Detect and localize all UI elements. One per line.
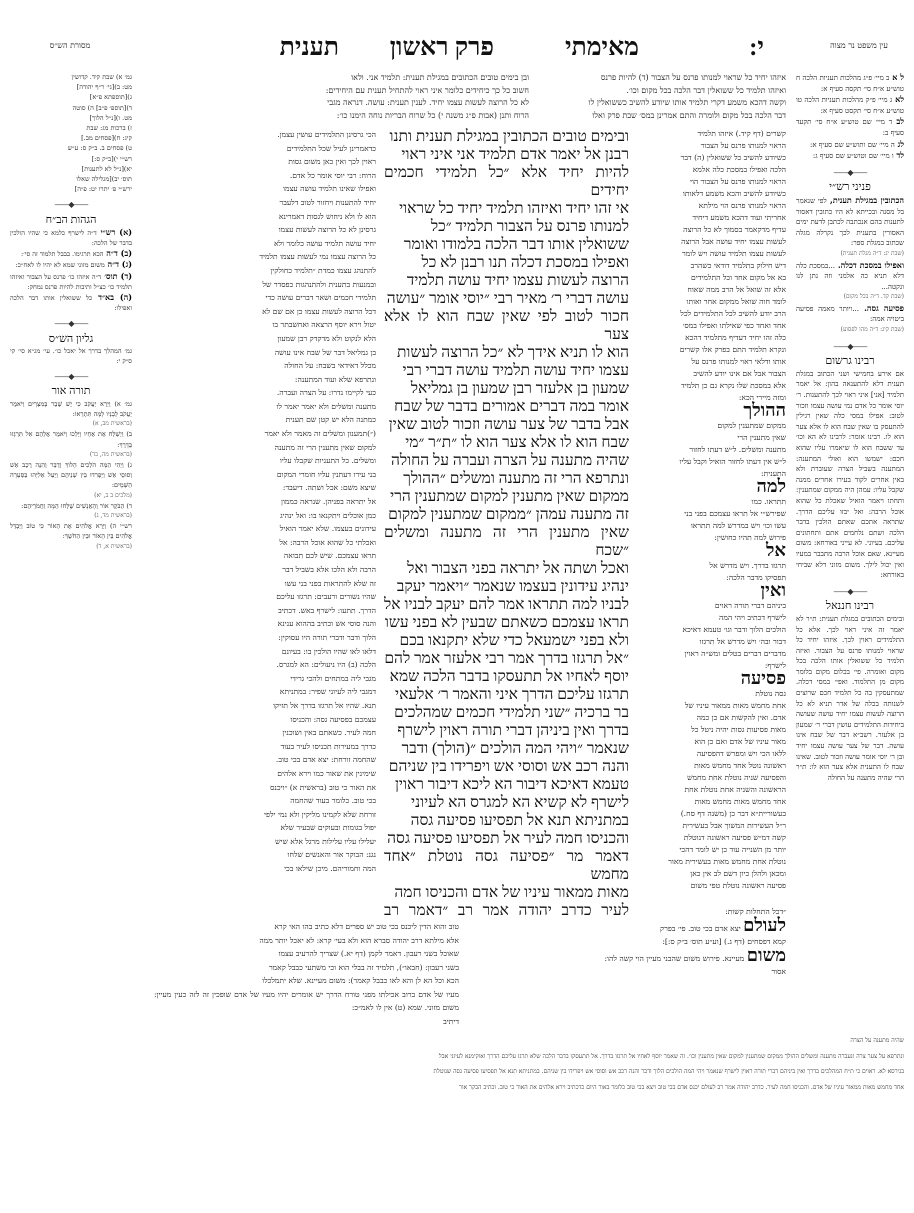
tosafot-line: כלה זהו יחיד דעדיף מתלמיד דהכא: [636, 332, 786, 344]
hagahot-entry: (ב) ד״ה הכא תרגימו. בבבל תלמוד זה סי׳:: [10, 248, 132, 259]
gemara-line: טעמא דאיכא דיבור הא ליכא דיבור ראוין: [384, 776, 629, 794]
torah-or-verse: רש״י ה) וַיַּרְא אֱלֹהִים אֶת הָאוֹר כִּ…: [10, 521, 132, 541]
rashi-line: ונתרפא שלא ועוד המתענה:: [226, 373, 376, 387]
rashi-line: נגנ: הבוקר אור והאנשים שלחו: [226, 848, 376, 862]
rashi-line: הלא לנקוט ולא מדקדק רבן שמעון: [226, 332, 376, 346]
tosafot-dibbur-line: אל: [636, 544, 786, 560]
rashi-line: שהיו נשורים ורעבים: תרגזו עליכם: [226, 590, 376, 604]
penini-rashi-head: הכתובין במגילת תענית,: [827, 195, 904, 205]
rashi-line: ומשלים. כל התעניות שקבלו עליו: [226, 454, 376, 468]
tosafot-line: קמא דפסחים (דף ג.) [וע״ע תוס׳ ב״ק ס:]:: [466, 935, 786, 949]
penini-rashi-entry: הכתובין במגילת תענית, לפי שנאמר בל מסנה …: [796, 195, 904, 249]
tosafot-line: אדם. ואין להקשות אם כן כמה: [636, 712, 786, 724]
gemara-line: יוסף לאחיו אל תתעסקו בדבר הלכה שמא: [384, 668, 629, 686]
rashi-line: הרבה ולא הלכו אלא בשביל דבר: [226, 563, 376, 577]
rashi-line: דכל הרוצה לעשות עצמו כן אם שם לא: [226, 305, 376, 319]
penini-rashi-ref: (שבת יג: ד״ה מגלת תענית): [796, 249, 904, 260]
rashi-line: כל הרוצה עצמו נמי לעשות עצמו תלמיד: [226, 250, 376, 264]
gemara-line: שבח הוא לו אלא צער הוא לו ״ת״ר ״מי: [384, 434, 629, 452]
rashi-line: את האור כי טוב (בראשית א) ״ויכנס: [226, 781, 376, 795]
rashi-line: עצמכם בפסיעה גסה: והכניסו: [226, 713, 376, 727]
gemara-line: דאמר מר ״פסיעה גסה נוטלת ״אחד מחמש: [384, 848, 629, 884]
ein-mishpat-label: עין משפט נר מצוה: [824, 40, 894, 51]
tosafot-top: איזהו יחיד כל שראוי למנותו פרנס על הצבור…: [536, 72, 786, 124]
gemara-line: ואכל ושתה אל יתראה בפני הצבור ואל: [384, 560, 629, 578]
rashi-line: ואכלתי כל שהוא אוכל הרבה: אל: [226, 536, 376, 550]
hagahot-entry: (א) רש״י ד״ה לישרף כלמא כי שהיו הולכין ב…: [10, 227, 132, 248]
tosafot-line: ללאו הכי ויש ומפרש דהפסיעה: [636, 748, 786, 760]
tosafot-line: ביניהם דברי תורה ראוים: [636, 600, 786, 612]
rashi-line: מכלל דאידאי בשבח: על החולה: [226, 359, 376, 373]
commentary-line: שהיה מתענה על הצרה: [114, 1036, 904, 1046]
torah-or-ref: (בראשית מב, א): [10, 419, 132, 429]
rashi-line: תנא. שהיו אל תרגזו בדרך אל תזיקו: [226, 699, 376, 713]
left-margin: גמ׳ א) שבת קיד. קדושיןמט: ב)[גי׳ ר״ף יהו…: [10, 72, 132, 772]
mesoret-entry: מט: ב)[גי׳ ר״ף יהודה]: [10, 82, 132, 92]
tosafot-line: לעשות עצמו תלמיד עושה ויש לומר: [636, 248, 786, 260]
tosafot-line: לעשות עצמו יחיד עושה אבל הרוצה: [636, 236, 786, 248]
tosafot-text: מעיינא. פירוש משום שהבני מעיין הוי קשה ל…: [605, 954, 747, 963]
gemara-line: אי זהו יחיד ואיזהו תלמיד יחיד כל שראוי: [384, 200, 629, 218]
gemara-line: מאות ממאור עיניו של אדם והכניסו חמה: [384, 884, 629, 902]
mesoret-entry: ד)[תוספ׳ פ״ב] ה) סוטה: [10, 103, 132, 113]
tosafot-line: תרגזו בדרך. ויש מדרש אל: [636, 560, 786, 572]
tosafot-line: בא אל מקום אחד וכל התלמידים: [636, 272, 786, 284]
tosafot-dibbur-line: ההולך: [636, 404, 786, 420]
ornament-divider: ——◆——: [796, 587, 904, 598]
rashi-line: הכי גרסינן התלמידים עושין עצמן.: [226, 128, 376, 142]
ornament-divider: ——◆——: [796, 342, 904, 353]
gemara-line: למנותו פרנס על הצבור תלמיד ״כל: [384, 218, 629, 236]
gemara-line: ממקום שאין מתענין למקום שמתענין הרי: [384, 488, 629, 506]
rashi-line: יטול וירא יוסף הרצאה ואחשבתר בו: [226, 318, 376, 332]
tosafot-line: נוטלת אחת מחמש מאות בעשירית מאור: [636, 856, 786, 868]
tosafot-line: הצבור אבל אם אינו יודע להשיב: [636, 368, 786, 380]
mesoret-entry: רש״י י)[ב״ק ס:]: [10, 154, 132, 164]
rashi-bottom: טוב והוא הדין ליכנס בכי טוב יש ספרים דלא…: [154, 920, 459, 1030]
tosafot-line: יותר מן השנייה עוד כן יש לומר דהכי: [636, 844, 786, 856]
rashi-line: חשוב כל כך כיחידים כלומר איני ראוי להתחי…: [229, 85, 529, 98]
gemara-line: ובימים טובים הכתובין במגילת תענית ותנו: [384, 128, 629, 146]
tosafot-line: עשו וכו׳ ויש במדרש למה תתראו: [636, 520, 786, 532]
rashi-line: הכא וכל הא לן והא לאו כבבל קאמר): משום מ…: [154, 974, 459, 988]
tosafot-line: אחריתי ועוד דהכא משמע דיחיד: [636, 212, 786, 224]
mesoret-label: מסורת הש״ס: [45, 40, 95, 51]
penini-rashi-head: ואפילו במסכת דכלה.: [835, 260, 904, 270]
mesoret-entry: יא)[נ״ל לא לתענות]: [10, 164, 132, 174]
rashi-line: להתנהג עצמו כמדת ״תלמיד כחולקין: [226, 264, 376, 278]
tosafot-line: ראשונה נוטל אחד מחמש מאות: [636, 760, 786, 772]
tosafot-line: משום מעיינא. פירוש משום שהבני מעיין הוי …: [466, 949, 786, 966]
rashi-line: המה וחמוריהם. מיכן שילאו בכי: [226, 862, 376, 876]
gemara-line: עושה דברי ר׳ מאיר רבי ״יוסי אומר ״עושה: [384, 290, 629, 308]
torah-or-ref: (בראשית מד, ג): [10, 511, 132, 521]
tosafot-line: הראוי למנותו פרנס על הצבור הוי: [636, 176, 786, 188]
mesoret-entry: תוס׳ יב)[מגלילה שאלו: [10, 174, 132, 184]
tosafot-line: לומד חוה שואל ממקום אחר ואותו: [636, 296, 786, 308]
gemara-line: זה מתענה עמהן ״ממקום שמתענין למקום: [384, 506, 629, 524]
torah-or-verse: ב) וַיְשַׁלַּח אֶת אֶחָיו וַיֵּלֵכוּ וַי…: [10, 429, 132, 449]
rashi-line: שהחמה זורחת: יצא אדם בכי טוב.: [226, 753, 376, 767]
tosafot-line: אסור: [466, 965, 786, 979]
rashi-line: הוא לו ולא ניחוש לגסות דאמרינא: [226, 210, 376, 224]
dibbur-hamatchil: אל: [766, 540, 786, 560]
gemara-line: שמעון בן אלעזר רבן שמעון בן גמליאל: [384, 380, 629, 398]
dibbur-hamatchil: פסיעה: [741, 668, 786, 688]
tosafot-line: אלא זה שואל אל הרב ממה שאוח: [636, 284, 786, 296]
rashi-line: כמן אוכלים ויתקנאו בו: ואל ינהיג: [226, 509, 376, 523]
gemara-line: במתניתא תנא אל תפסיעו פסיעה גסה: [384, 812, 629, 830]
hagahot-mark: (ב) ד״ה: [104, 248, 132, 258]
tosafot-line: ממקום שמתענין למקום: [636, 420, 786, 432]
gemara-line: ולא בפני ישמעאל כדי שלא יתקנאו בכם: [384, 632, 629, 650]
tosafot-line: איזהו יחיד כל שראוי למנותו פרנס על הצבור…: [536, 72, 786, 85]
mesoret-entry: ירש״י פ׳ יתרו יט: פ״ה]: [10, 184, 132, 194]
torah-or-section: גמ׳ א) וַיַּרְא יַעֲקֹב כִּי יֶשׁ שֶׁבֶר…: [10, 399, 132, 552]
rashi-line: בני עירו דעתנין עליו חומרי המקום: [226, 468, 376, 482]
gemara-line: תראו עצמכם כשאתם שבעין לא בפני עשו: [384, 614, 629, 632]
rashi-top: ובן בימים טובים הכתובים במגילת תענית: תל…: [229, 72, 529, 124]
hagahot-mark: (ה) בא״ד: [92, 292, 132, 302]
rashi-line: מגבי ליה במתחים ולהכי גרידי: [226, 672, 376, 686]
tosafot-line: עדיף מדקאמר בסמוך לא כל הרוצה: [636, 224, 786, 236]
torah-or-ref: (בראשית א, ד): [10, 542, 132, 552]
mesoret-entry: גמ׳ א) שבת קיד. קדושין: [10, 72, 132, 82]
ein-mishpat-text: ה מיי׳ שם ותוש״ע שם סעיף א:: [810, 141, 895, 149]
tosafot-line: פירוש למה תהיו כחושין:: [636, 532, 786, 544]
ein-mishpat-mark: לא: [892, 94, 904, 104]
tosafot-line: הראוי למנותו פרנס על הצבור: [636, 140, 786, 152]
ein-mishpat-text: ג מיי׳ פ״ק מהלכות תעניות הלכה טו טוש״ע א…: [796, 96, 904, 115]
tosafot-line: ר״ל העשירות המשוך אבל בעשירית: [636, 820, 786, 832]
hagahot-habach-title: הגהות הב״ח: [10, 215, 132, 225]
commentary-line: בגירסא לא. ראוים כי ת״ח המהלכים בדרך ואי…: [114, 1067, 904, 1077]
gemara-line: ונתרפא הרי זה מתענה ומשלים ״ההולך: [384, 470, 629, 488]
tosafot-line: שאין מתענין הרי: [636, 432, 786, 444]
rashi-line: דלאו לאו שהיו הולכין בו: בעיונם: [226, 645, 376, 659]
ornament-divider: ——◆——: [10, 372, 132, 382]
tosafot-line: כשיודע להשיב כל ששואלין (ה) דבר: [636, 152, 786, 164]
rashi-line: יחיד עושה תלמיד עושה כלומר ולא: [226, 237, 376, 251]
tosafot-line: אחד ואחד כפי שאילתו ואפילו במס׳: [636, 320, 786, 332]
tosafot-dibbur-line: ואין: [636, 584, 786, 600]
tosafot-dibbur-line: למה: [636, 480, 786, 496]
gemara-line: הרוצה לעשות עצמו יחיד עושה תלמיד: [384, 272, 629, 290]
rashi-line: הרוח: רבי יוסי אומר כל אדם.: [226, 169, 376, 183]
tosafot-line: לעולם יצא אדם בכי טוב. פי׳ בפרק: [466, 919, 786, 936]
hagahot-mark: (א) רש״י: [97, 227, 132, 237]
gemara-line: בר ברכיה ״שני תלמידי חכמים שמהלכים: [384, 704, 629, 722]
tosafot-line: גסה נוטלת: [636, 688, 786, 700]
tosafot-line: דבר הלכה בכל מקום ולומרה והתם אמרינן במס…: [536, 110, 786, 123]
torah-or-title: תורה אור: [10, 386, 132, 396]
ein-mishpat-entry: לב ד מיי׳ שם טוש״ע א״ח סי׳ תקעד סעיף ב:: [796, 116, 904, 138]
tosafot-line: הלכה ואפילו במסכת כלה אלמא: [636, 164, 786, 176]
penini-rashi-ref: (שבת קיג: ד״ה מהו לפסוע): [796, 325, 904, 336]
rashi-line: גרסינן לא כל הרוצה לעשות עצמו: [226, 223, 376, 237]
tosafot-line: כשיודע להשיב והכא משמע דלאותו: [636, 188, 786, 200]
tosafot-dibbur-line: פסיעה: [636, 672, 786, 688]
dibbur-hamatchil: ואין: [761, 580, 786, 600]
hagahot-mark: (ג) ד״ה: [105, 259, 132, 269]
torah-or-ref: (מלכים ב ב, יא): [10, 491, 132, 501]
tosafot-bottom: ״דכל התחלות קשות:לעולם יצא אדם בכי טוב. …: [466, 905, 786, 1025]
rashi-column: הכי גרסינן התלמידים עושין עצמן.כדאמרינן …: [226, 128, 376, 898]
gemara-line: עצמו יחיד עושה תלמיד עושה דברי רבי: [384, 362, 629, 380]
rashi-line: הדרך. תתעו: לישרף באש. דכתיב: [226, 604, 376, 618]
hagahot-mark: (ד) תוס׳: [101, 271, 132, 281]
tosafot-line: ומכאן ולהלן כיון דשם לב אין כאן: [636, 868, 786, 880]
rashi-line: כמתנה הלא יש קטן שם תענית: [226, 413, 376, 427]
right-margin: ל א ב מיי׳ פ״ג מהלכות תעניות הלכה ח טוש״…: [796, 72, 904, 1032]
gemara-line: אומר במה דברים אמורים בדבר של שבח: [384, 398, 629, 416]
mesoret-entry: ז) ברכות מג: שבת: [10, 123, 132, 133]
gemara-line: ינהיג עידונין בעצמו שנאמר ״ויאמר יעקב: [384, 578, 629, 596]
tosafot-line: ״דכל התחלות קשות:: [466, 905, 786, 919]
mesoret-entry: קיג: ח)[פסחים מב.]: [10, 133, 132, 143]
tosafot-line: הרב יודע להשיב לכל התלמידים לכל: [636, 308, 786, 320]
penini-rashi-title: פניני רש״י: [796, 182, 904, 193]
penini-rashi-ref: (שבת קד. ד״ה בכל מקום): [796, 292, 904, 303]
gemara-line: חכור לטוב לפי שאין שבח הוא לו אלא צער: [384, 308, 629, 344]
penini-rashi-head: פסיעה גסה.: [859, 303, 904, 313]
tosafot-text: יצא אדם בכי טוב. פי׳ בפרק: [660, 924, 743, 933]
rashi-line: בשני רעבון: (חבאו״), תלמיד זה בבלי הוא ו…: [154, 961, 459, 975]
gemara-line: בדרך ואין ביניהן דברי תורה ראוין לישרף: [384, 722, 629, 740]
rashi-line: למקום שאין מתענין הרי זה מתענה: [226, 441, 376, 455]
rabbeinu-chananel-text: ובימים הכתובים במגלת תענית: ת״ר לא יאמר …: [796, 614, 904, 784]
gemara-line: שנאמר ״ויהי המה הולכים ״(הולך) ודבר: [384, 740, 629, 758]
gemara-line: שהיה מתענה על הצרה ועברה על החולה: [384, 452, 629, 470]
hagahot-entry: (ה) בא״ד כל ששואלין אותו דבר הלכה ואפילו…: [10, 292, 132, 313]
torah-or-ref: (בראשית מה, כד): [10, 450, 132, 460]
gemara-line: אבל בדבר של צער עושה וזכור לטוב שאין: [384, 416, 629, 434]
tosafot-line: מאור עיניו של אדם ואם כן הוא: [636, 736, 786, 748]
chapter-name: מאימתי: [565, 34, 639, 62]
ein-mishpat-mark: ל א: [889, 72, 904, 82]
gemara-line: והכניסו חמה לעיר אל תפסיעו פסיעה גסה: [384, 830, 629, 848]
rashi-line: זה שלא להתראות בפני בני עשו: [226, 577, 376, 591]
rashi-line: ובמנעות בתענית ולהתנהגות כפסדר של: [226, 278, 376, 292]
ein-mishpat-entry: לג ה מיי׳ שם ותוש״ע שם סעיף א:: [796, 139, 904, 151]
penini-rashi-section: הכתובין במגילת תענית, לפי שנאמר בל מסנה …: [796, 195, 904, 336]
rashi-line: דיתיב: [154, 1015, 459, 1029]
rashi-line: תלמידי חכמים ושאר דברים עושה כדי: [226, 291, 376, 305]
gemara-line: הוא לו תניא אידך לא ״כל הרוצה לעשות: [384, 344, 629, 362]
gemara-line: רבנן אל יאמר אדם תלמיד אני איני ראוי: [384, 146, 629, 164]
tosafot-line: אותו ודלאי ראוי למנותו פרנס על: [636, 356, 786, 368]
mesoret-entry: ג)[תוספתא פ״א]: [10, 92, 132, 102]
ein-mishpat-entry: ל א ב מיי׳ פ״ג מהלכות תעניות הלכה ח טוש״…: [796, 72, 904, 94]
penini-rashi-entry: פסיעה גסה. ...ויותר מאמה פסיעה ביטויה אמ…: [796, 303, 904, 325]
tosafot-line: מאות פסיעות גסות יהיה ניטל כל: [636, 724, 786, 736]
rabbeinu-gershom-text: אם אירע בחמישי ושני הכתוב במגלת תענית דל…: [796, 369, 904, 581]
tosafot-line: קשה דמ״ש פסיעה ראשונה דנוטלת: [636, 832, 786, 844]
rashi-line: חמה לעיר. כשאתם באין ושוכנין: [226, 726, 376, 740]
rashi-line: תראו עצמכם. שיש לכם תבואה: [226, 549, 376, 563]
gilyon-hashas-title: גליון הש״ס: [10, 334, 132, 344]
rashi-line: בכי טוב. כלומר בעוד שהחמה: [226, 794, 376, 808]
gemara-line: ״אל תרגזו בדרך אמר רבי אלעזר אמר להם: [384, 650, 629, 668]
tosafot-line: הראוי למנותו פרנס הוי מילתא: [636, 200, 786, 212]
ein-mishpat-text: ו מיי׳ שם וטוש״ע שם סעיף ג:: [813, 152, 894, 160]
rashi-line: מתענה ומשלים ולא יאמר יאמר לו: [226, 400, 376, 414]
rashi-line: יעלילו עליו עלילות מרגל אלא שיש: [226, 835, 376, 849]
torah-or-verse: ג) וַיְהִי הֵמָּה הֹלְכִים הָלוֹךְ וְדַב…: [10, 460, 132, 491]
rashi-line: אלא מילתא דרב יהודה סברא הוא ולא בעי׳ קר…: [154, 934, 459, 948]
rashi-line: כדרך במעירות תכניסו לעיר בעוד: [226, 740, 376, 754]
commentary-line: אחד מחמש מאות ממאור עיניו של אדם. והכניס…: [114, 1083, 904, 1093]
rashi-line: דמגבי ליה לעיוני שפיר: במתניתא: [226, 685, 376, 699]
tosafot-line: והפסיעה שניה נוטלת אחת מחמש: [636, 772, 786, 784]
ein-mishpat-entry: לד ו מיי׳ שם וטוש״ע שם סעיף ג:: [796, 150, 904, 162]
gilyon-hashas-text: גמ׳ המהלך בדרך אל יאכל כו׳. עי׳ מג״א סי׳…: [10, 346, 132, 366]
tosafot-line: דבור ובה׳ ויש מדרש אל תרגזו: [636, 636, 786, 648]
hagahot-entry: (ג) ד״ה משום מזוני שמא לא יהיו לו לאח״כ:: [10, 259, 132, 270]
rashi-line: טוב והוא הדין ליכנס בכי טוב יש ספרים דלא…: [154, 920, 459, 934]
tosafot-line: תתראו. כמו: [636, 496, 786, 508]
gemara-line: לישרף לא קשיא הא למגרס הא לעיוני: [384, 794, 629, 812]
ornament-divider: ——◆——: [796, 168, 904, 179]
tosafot-line: לישרף דכתיב ויהי המה: [636, 612, 786, 624]
rashi-line: שיצא משם: אכל ושתה. דיעבד:: [226, 481, 376, 495]
rashi-line: זורחת שלא לקמינו מליקין ולא נמי ילפי: [226, 808, 376, 822]
ein-mishpat-mark: לג: [895, 139, 904, 149]
torah-or-verse: ד) הַבֹּקֶר אוֹר וְהָאֲנָשִׁים שֻׁלְּחוּ…: [10, 501, 132, 511]
mesoret-entry: ט) פסחים ב. ב״ק ס: ע״ש: [10, 143, 132, 153]
rashi-line: הלכה (ב) היו ניעולים: הא למגרס.: [226, 658, 376, 672]
tosafot-line: ואיזהו תלמיד כל ששואלין דבר הלכה בכל מקו…: [536, 85, 786, 98]
penini-rashi-entry: ואפילו במסכת דכלה. ...במסכת כלה דלא תניא…: [796, 260, 904, 293]
commentary-line: ונתרפא על צער צרה ונעברה מתענה ומשלים הה…: [114, 1052, 904, 1062]
dibbur-hamatchil: לעולם: [743, 915, 786, 935]
ein-mishpat-entry: לא ג מיי׳ פ״ק מהלכות תעניות הלכה טו טוש״…: [796, 94, 904, 116]
tractate-name: תענית: [280, 34, 339, 62]
tosafot-line: אחת מחמש מאות ממאור עיניו של: [636, 700, 786, 712]
tosafot-line: בעשוריית״א דבר כן (משנה דף סח.): [636, 808, 786, 820]
gemara-line: להיות יחיד אלא ״כל תלמידי חכמים יחידים: [384, 164, 629, 200]
tosafot-column: קשרים (דף קיד.) איזהו תלמידהראוי למנותו …: [636, 128, 786, 898]
rashi-line: שאוכל בשני רעבון. דאמר לקמן (דף יא.) שצר…: [154, 947, 459, 961]
rashi-line: אל יתראה בפניהן. שנראה כממון: [226, 495, 376, 509]
gemara-line: והנה רכב אש וסוסי אש ויפרידו בין שניהם: [384, 758, 629, 776]
tosafot-line: אלא במסכת שלו נקרא גם כן תלמיד: [636, 380, 786, 392]
ein-mishpat-text: ב מיי׳ פ״ג מהלכות תעניות הלכה ח טוש״ע א״…: [796, 74, 904, 93]
rashi-line: (״)תמענון ומשלים זה מאמר ולא יאמר: [226, 427, 376, 441]
gemara-line: ששואלין אותו דבר הלכה בלמודו ואומר: [384, 236, 629, 254]
rashi-line: כעי לקיימו נדרו: על הצרה ועברה.: [226, 386, 376, 400]
rashi-line: ראוין לכך ואין כאן משום גסות: [226, 155, 376, 169]
gemara-main-text: ובימים טובים הכתובין במגילת תענית ותנורב…: [384, 128, 629, 918]
tosafot-line: פסיעה ראשונה נוטלת טפי משום: [636, 880, 786, 892]
ein-mishpat-mark: לב: [892, 116, 904, 126]
tosafot-line: שפירש״י אל תראו עצמכם בפני בני: [636, 508, 786, 520]
rashi-line: לא כל הרוצה לעשות עצמו יחיד. לענין תענית…: [229, 97, 529, 110]
rashi-line: הרוח ותנן (אבות פ״ג משנה י) כל שרוח הברי…: [229, 110, 529, 123]
tosafot-line: דיש חילוק בתלמיד דודאי כשהרב: [636, 260, 786, 272]
rashi-line: הלוך ודבר ודברי תורה היו עסוקין:: [226, 631, 376, 645]
gemara-line: תרגזו עליכם הדרך איני והאמר ר׳ אלעאי: [384, 686, 629, 704]
rashi-line: שימינין את שאור כמו וירא אלהים: [226, 767, 376, 781]
rashi-line: כדאמרינן לעיל שכל התלמידים: [226, 142, 376, 156]
rashi-line: ואפילו שאינו תלמיד עושה עצמו: [226, 182, 376, 196]
dibbur-hamatchil: למה: [757, 476, 786, 496]
tosafot-line: אחד מחמש מאות מחמש מאות: [636, 796, 786, 808]
ein-mishpat-text: ד מיי׳ שם טוש״ע א״ח סי׳ תקעד סעיף ב:: [796, 118, 904, 137]
hagahot-text: משום מזוני שמא לא יהיו לו לאח״כ:: [16, 261, 105, 269]
rashi-line: ובן בימים טובים הכתובים במגילת תענית: תל…: [229, 72, 529, 85]
tosafot-line: וקשה דהכא משמע דקרי תלמיד אותו שיודע להש…: [536, 97, 786, 110]
rabbeinu-gershom-title: רבינו גרשום: [796, 356, 904, 367]
rashi-line: יחיד להתענות ויחזור לטוב דלעבר: [226, 196, 376, 210]
gemara-line: לבניו למה תתראו אמר להם יעקב לבניו אל: [384, 596, 629, 614]
chapter-label: פרק ראשון: [390, 34, 494, 62]
tosafot-line: מתענה ומשלים. ל״ש דעתו לחזור: [636, 444, 786, 456]
tosafot-line: הולכים הלוך ודבר וגו׳ טעמא דאיכא: [636, 624, 786, 636]
gemara-line: ואפילו במסכת דכלה תנו רבנן לא כל: [384, 254, 629, 272]
mesoret-entry: מט. ו)[נ״ל הלוך]: [10, 113, 132, 123]
tosafot-line: קשרים (דף קיד.) איזהו תלמיד: [636, 128, 786, 140]
rashi-line: יפול בגומות ובעוקים שבעיר שלא: [226, 821, 376, 835]
ein-mishpat-mark: לד: [894, 150, 904, 160]
ornament-divider: ——◆——: [10, 200, 132, 210]
dibbur-hamatchil: ההולך: [743, 400, 786, 420]
gemara-line: שאין מתענין הרי זה מתענה ומשלים ״שכח: [384, 524, 629, 560]
ornament-divider: ——◆——: [10, 319, 132, 329]
bottom-commentary: שהיה מתענה על הצרהונתרפא על צער צרה ונעב…: [114, 1030, 904, 1080]
tosafot-line: הראשונה והשניה אחת נוטלת אחת: [636, 784, 786, 796]
torah-or-verse: גמ׳ א) וַיַּרְא יַעֲקֹב כִּי יֶשׁ שֶׁבֶר…: [10, 399, 132, 419]
ein-mishpat-section: ל א ב מיי׳ פ״ג מהלכות תעניות הלכה ח טוש״…: [796, 72, 904, 162]
tosafot-line: מדברים דברים בטלים ומש״ה ראוין: [636, 648, 786, 660]
dibbur-hamatchil: משום: [747, 945, 786, 965]
hagahot-entry: (ד) תוס׳ ד״ה איזהו כו׳ פרנס על הצבור ואי…: [10, 271, 132, 292]
page-number: י:: [749, 34, 764, 62]
tosafot-line: ונקרא תלמיד התם בפרק אלו קשרים: [636, 344, 786, 356]
rabbeinu-chananel-title: רבינו חננאל: [796, 601, 904, 612]
rashi-line: עידונים בעצמו. שלא יאמר הואיל: [226, 522, 376, 536]
rashi-line: בן גמליאל דבר של שבח אינו עושה: [226, 346, 376, 360]
hagahot-text: הכא תרגימו. בבבל תלמוד זה סי׳:: [21, 250, 103, 258]
tosafot-line: ל״ש אין דעתו לחזור הואיל וקבל עליו: [636, 456, 786, 468]
mesoret-hashas-section: גמ׳ א) שבת קיד. קדושיןמט: ב)[גי׳ ר״ף יהו…: [10, 72, 132, 194]
rashi-line: מעיו של אדם ברוב אכילתו מפני טורח הדרך י…: [154, 988, 459, 1015]
hagahot-habach-section: (א) רש״י ד״ה לישרף כלמא כי שהיו הולכין ב…: [10, 227, 132, 314]
rashi-line: והנה סוסי אש וכתיב בההוא ענינא: [226, 617, 376, 631]
